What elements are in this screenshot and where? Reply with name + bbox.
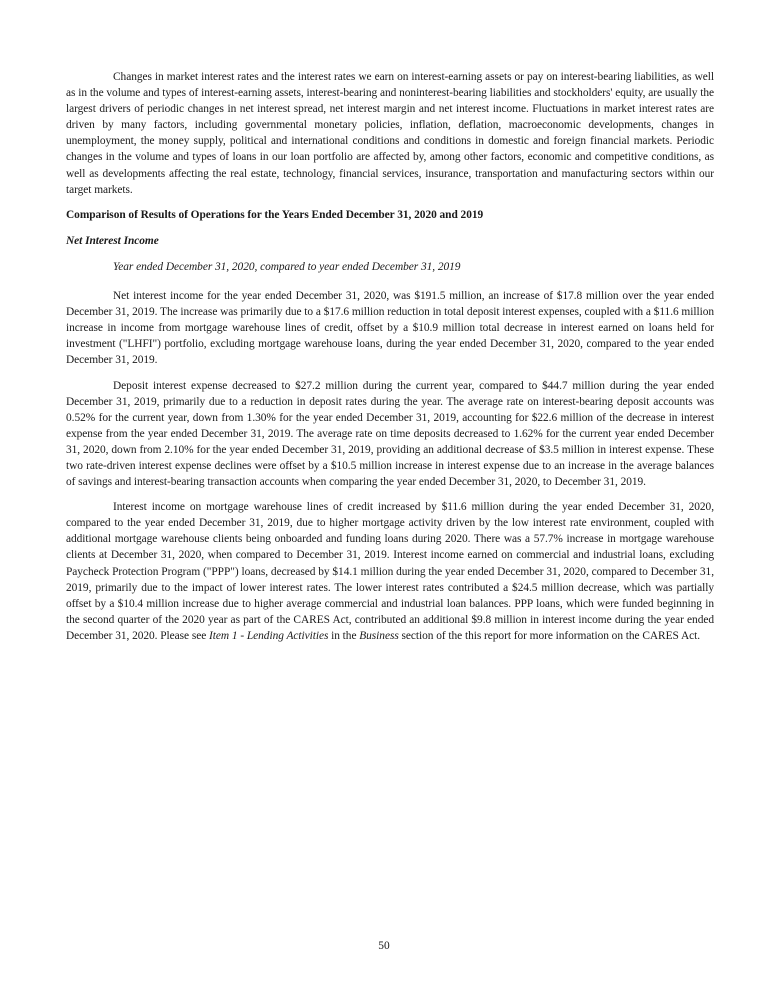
period-heading: Year ended December 31, 2020, compared t…	[66, 259, 714, 275]
document-page: Changes in market interest rates and the…	[66, 69, 714, 644]
item-reference: Item 1 - Lending Activities	[209, 630, 328, 642]
intro-paragraph: Changes in market interest rates and the…	[66, 69, 714, 198]
business-reference: Business	[359, 630, 398, 642]
mortgage-warehouse-paragraph: Interest income on mortgage warehouse li…	[66, 499, 714, 644]
mortgage-text-middle: in the	[328, 630, 359, 642]
subsection-heading: Net Interest Income	[66, 233, 714, 249]
mortgage-text-after: section of the this report for more info…	[399, 630, 700, 642]
page-number: 50	[0, 940, 768, 952]
deposit-expense-paragraph: Deposit interest expense decreased to $2…	[66, 378, 714, 491]
net-interest-income-paragraph: Net interest income for the year ended D…	[66, 288, 714, 368]
mortgage-text-before: Interest income on mortgage warehouse li…	[66, 501, 714, 642]
section-heading: Comparison of Results of Operations for …	[66, 207, 714, 223]
